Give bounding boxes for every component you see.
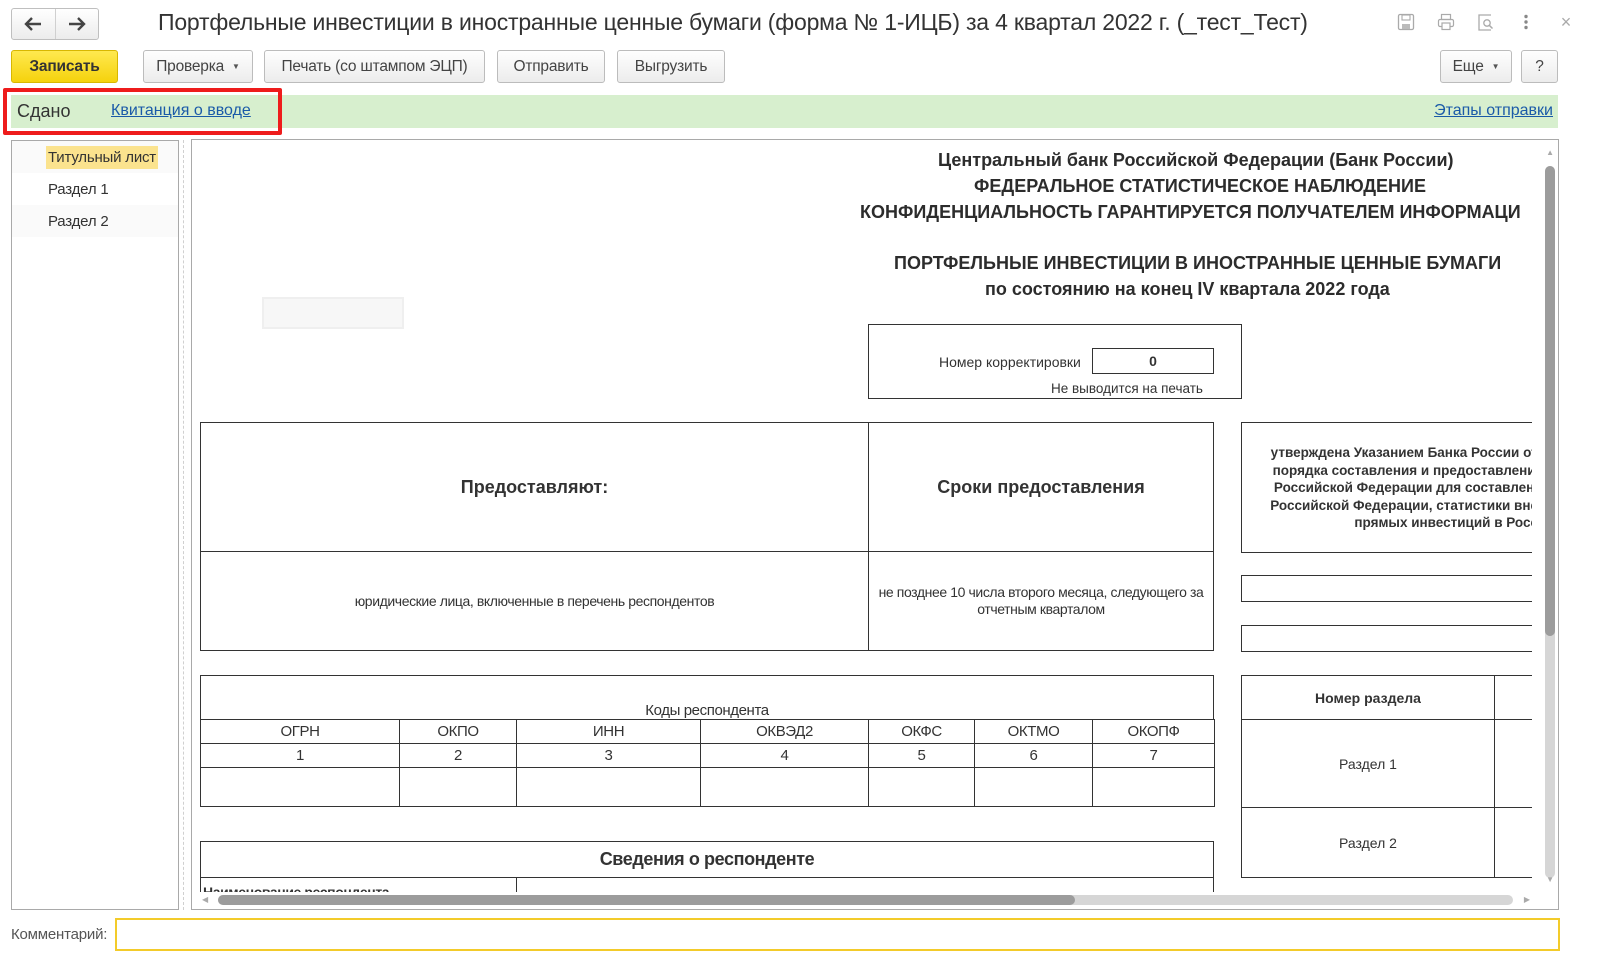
code-value-cell[interactable] (700, 767, 869, 807)
sidebar-item-section-1[interactable]: Раздел 1 (12, 173, 178, 205)
empty-field-2 (1241, 625, 1532, 652)
code-column-number: 5 (868, 743, 975, 768)
approval-text-line: прямых инвестиций в Росс (1270, 514, 1532, 532)
code-column-header: ОКПО (399, 719, 517, 744)
more-dropdown-button[interactable]: Еще ▼ (1440, 50, 1512, 83)
comment-label: Комментарий: (11, 926, 107, 943)
deadlines-value: не позднее 10 числа второго месяца, след… (868, 551, 1214, 651)
sections-table-row: Раздел 2 (1241, 807, 1495, 878)
providers-value: юридические лица, включенные в перечень … (200, 551, 869, 651)
code-value-cell[interactable] (974, 767, 1093, 807)
check-dropdown-button[interactable]: Проверка ▼ (143, 50, 253, 83)
code-value-cell[interactable] (399, 767, 517, 807)
correction-number-field[interactable]: 0 (1092, 348, 1214, 374)
header-observation: ФЕДЕРАЛЬНОЕ СТАТИСТИЧЕСКОЕ НАБЛЮДЕНИЕ (974, 176, 1426, 197)
vertical-scrollbar-thumb[interactable] (1545, 166, 1555, 636)
approval-text-line: порядка составления и предоставлени (1270, 462, 1532, 480)
respondent-name-field[interactable] (516, 877, 1214, 892)
approval-text-line: Российской Федерации, статистики вне (1270, 497, 1532, 515)
code-value-cell[interactable] (516, 767, 701, 807)
status-text: Сдано (17, 101, 70, 122)
sections-table-header-2 (1494, 675, 1532, 720)
approval-text-line: утверждена Указанием Банка России от (1270, 444, 1532, 462)
save-icon[interactable] (1396, 12, 1416, 32)
forward-button[interactable] (55, 9, 99, 39)
sections-list: Титульный лист Раздел 1 Раздел 2 (11, 140, 179, 910)
comment-input[interactable] (115, 918, 1560, 951)
code-column-header: ОКВЭД2 (700, 719, 869, 744)
spreadsheet-document[interactable]: Центральный банк Российской Федерации (Б… (191, 139, 1559, 910)
form-title: ПОРТФЕЛЬНЫЕ ИНВЕСТИЦИИ В ИНОСТРАННЫЕ ЦЕН… (894, 253, 1501, 274)
caret-down-icon: ▼ (1492, 62, 1500, 71)
sections-table-cell (1494, 719, 1532, 808)
empty-field-1 (1241, 575, 1532, 602)
respondent-title: Сведения о респонденте (200, 841, 1214, 878)
code-column-number: 3 (516, 743, 701, 768)
panel-splitter[interactable] (183, 140, 185, 910)
scroll-down-arrow-icon[interactable]: ▼ (1546, 875, 1554, 884)
status-bar: Сдано Квитанция о вводе Этапы отправки (11, 95, 1558, 128)
correction-note: Не выводится на печать (1051, 381, 1203, 396)
sidebar-item-title-page[interactable]: Титульный лист (12, 141, 178, 173)
code-column-number: 1 (200, 743, 400, 768)
toolbar: Записать Проверка ▼ Печать (со штампом Э… (11, 50, 1598, 84)
approval-text: утверждена Указанием Банка России отпоря… (1270, 444, 1532, 532)
help-button[interactable]: ? (1521, 50, 1558, 83)
sections-table-header: Номер раздела (1241, 675, 1495, 720)
code-value-cell[interactable] (1092, 767, 1215, 807)
navigation-buttons (11, 8, 99, 40)
correction-box: Номер корректировки 0 Не выводится на пе… (868, 324, 1242, 399)
window-title: Портфельные инвестиции в иностранные цен… (158, 9, 1308, 36)
logo-placeholder (262, 297, 404, 329)
code-value-cell[interactable] (200, 767, 400, 807)
print-with-signature-button[interactable]: Печать (со штампом ЭЦП) (264, 50, 485, 83)
approval-text-line: Российской Федерации для составлен (1270, 479, 1532, 497)
sending-stages-link[interactable]: Этапы отправки (1434, 102, 1553, 120)
send-button[interactable]: Отправить (497, 50, 605, 83)
arrow-left-icon (24, 17, 42, 31)
code-column-number: 2 (399, 743, 517, 768)
code-value-cell[interactable] (868, 767, 975, 807)
sections-table-cell (1494, 807, 1532, 878)
providers-header: Предоставляют: (200, 422, 869, 552)
scroll-left-arrow-icon[interactable]: ◀ (202, 895, 208, 904)
code-column-number: 6 (974, 743, 1093, 768)
codes-title: Коды респондента (200, 675, 1214, 720)
respondent-name-label: Наименование респондента (200, 877, 517, 892)
scroll-right-arrow-icon[interactable]: ▶ (1524, 895, 1530, 904)
approval-box: утверждена Указанием Банка России отпоря… (1241, 422, 1532, 553)
code-column-header: ОГРН (200, 719, 400, 744)
scroll-up-arrow-icon[interactable]: ▲ (1546, 148, 1554, 157)
code-column-number: 7 (1092, 743, 1215, 768)
preview-icon[interactable] (1476, 12, 1496, 32)
horizontal-scrollbar-thumb[interactable] (218, 895, 1075, 905)
code-column-header: ОКОПФ (1092, 719, 1215, 744)
receipt-link[interactable]: Квитанция о вводе (111, 102, 251, 120)
arrow-right-icon (68, 17, 86, 31)
sidebar-item-label: Раздел 2 (46, 210, 111, 233)
save-button[interactable]: Записать (11, 50, 118, 83)
check-button-label: Проверка (156, 58, 224, 76)
export-button[interactable]: Выгрузить (617, 50, 725, 83)
back-button[interactable] (12, 9, 55, 39)
form-period: по состоянию на конец IV квартала 2022 г… (985, 279, 1390, 300)
sidebar-item-section-2[interactable]: Раздел 2 (12, 205, 178, 237)
header-bank-name: Центральный банк Российской Федерации (Б… (938, 150, 1454, 171)
code-column-header: ОКТМО (974, 719, 1093, 744)
header-confidentiality: КОНФИДЕНЦИАЛЬНОСТЬ ГАРАНТИРУЕТСЯ ПОЛУЧАТ… (860, 202, 1521, 223)
correction-label: Номер корректировки (939, 354, 1081, 370)
caret-down-icon: ▼ (232, 62, 240, 71)
sidebar-item-label: Раздел 1 (46, 178, 111, 201)
sidebar-item-label: Титульный лист (46, 146, 158, 169)
sections-table-row: Раздел 1 (1241, 719, 1495, 808)
window-controls: × (1396, 12, 1576, 32)
code-column-header: ОКФС (868, 719, 975, 744)
close-icon[interactable]: × (1556, 12, 1576, 32)
more-button-label: Еще (1453, 58, 1484, 76)
print-icon[interactable] (1436, 12, 1456, 32)
more-icon[interactable] (1516, 12, 1536, 32)
deadlines-header: Сроки предоставления (868, 422, 1214, 552)
code-column-header: ИНН (516, 719, 701, 744)
code-column-number: 4 (700, 743, 869, 768)
document-content: Центральный банк Российской Федерации (Б… (192, 140, 1532, 892)
